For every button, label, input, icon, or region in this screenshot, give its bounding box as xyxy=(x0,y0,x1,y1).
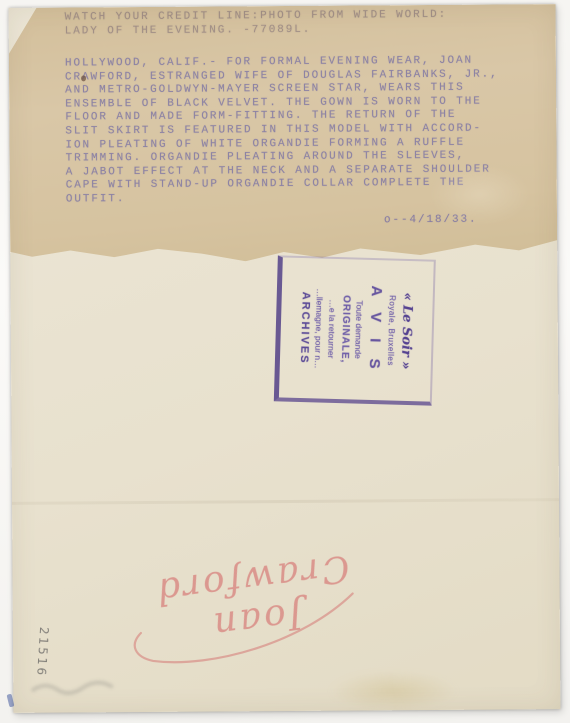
credit-line: LADY OF THE EVENING. -77089L. xyxy=(65,22,448,38)
stamp-line: A V I S xyxy=(366,285,385,374)
caption-body: HOLLYWOOD, CALIF.- FOR FORMAL EVENING WE… xyxy=(65,54,500,207)
credit-line: WATCH YOUR CREDIT LINE:PHOTO FROM WIDE W… xyxy=(65,9,448,25)
stamp-line: Royale, Bruxelles xyxy=(386,295,397,366)
pencil-smudge xyxy=(33,682,111,693)
stamp-line: « Le Soir » xyxy=(398,292,415,369)
archive-stamp: « Le Soir » Royale, Bruxelles A V I S To… xyxy=(274,255,436,405)
paper-stain xyxy=(328,670,458,713)
stamp-line: ARCHIVES xyxy=(298,292,312,365)
stamp-line: …e la retourner xyxy=(326,299,338,358)
photo-back: WATCH YOUR CREDIT LINE:PHOTO FROM WIDE W… xyxy=(9,4,561,713)
pencil-number: 21516 xyxy=(33,621,52,684)
date-note: o--4/18/33. xyxy=(384,214,478,228)
stamp-line: …llemagne, pour n… xyxy=(313,288,325,369)
credit-line-block: WATCH YOUR CREDIT LINE:PHOTO FROM WIDE W… xyxy=(65,9,448,39)
signature: Joan Crawford xyxy=(105,575,408,659)
stamp-line: ORIGINALE, xyxy=(339,295,352,364)
fold-crease xyxy=(12,498,559,505)
stamp-line: Toute demande xyxy=(353,300,365,359)
